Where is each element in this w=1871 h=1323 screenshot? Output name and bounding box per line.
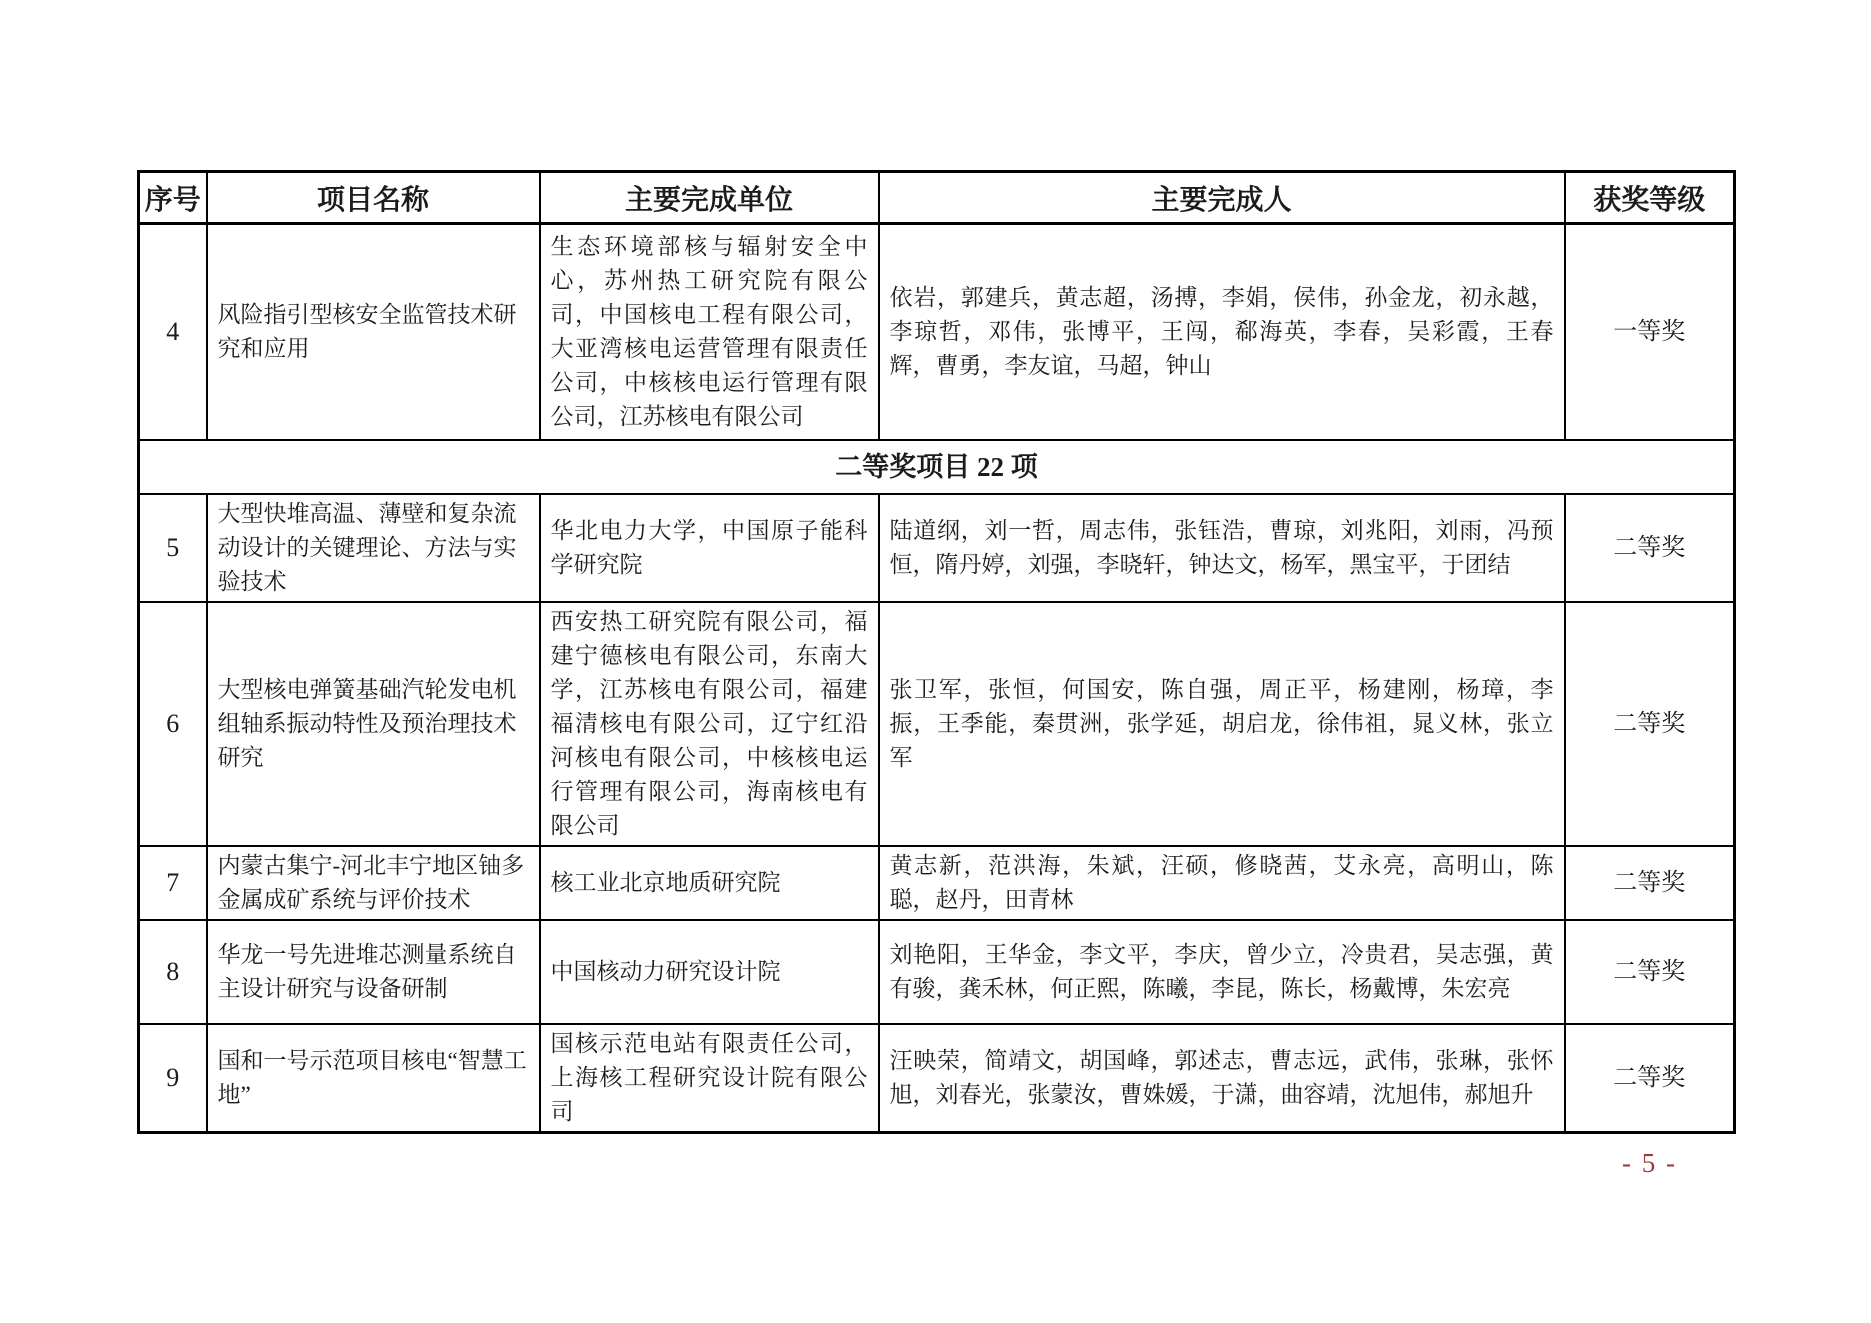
section-divider-row: 二等奖项目 22 项 — [139, 440, 1735, 494]
col-header-main-contributors: 主要完成人 — [879, 172, 1565, 224]
col-header-serial: 序号 — [139, 172, 207, 224]
main-units-cell: 西安热工研究院有限公司，福建宁德核电有限公司，东南大学，江苏核电有限公司，福建福… — [540, 602, 879, 846]
project-name-cell: 内蒙古集宁-河北丰宁地区铀多金属成矿系统与评价技术 — [207, 846, 540, 920]
main-units-cell: 华北电力大学，中国原子能科学研究院 — [540, 494, 879, 602]
table-row: 5 大型快堆高温、薄壁和复杂流动设计的关键理论、方法与实验技术 华北电力大学，中… — [139, 494, 1735, 602]
award-level-cell: 二等奖 — [1565, 846, 1735, 920]
main-units-cell: 核工业北京地质研究院 — [540, 846, 879, 920]
contributors-cell: 黄志新，范洪海，朱斌，汪硕，修晓茜，艾永亮，高明山，陈聪，赵丹，田青林 — [879, 846, 1565, 920]
table-row: 9 国和一号示范项目核电“智慧工地” 国核示范电站有限责任公司，上海核工程研究设… — [139, 1024, 1735, 1133]
serial-cell: 6 — [139, 602, 207, 846]
serial-cell: 9 — [139, 1024, 207, 1133]
table-header-row: 序号 项目名称 主要完成单位 主要完成人 获奖等级 — [139, 172, 1735, 224]
contributors-cell: 汪映荣，简靖文，胡国峰，郭述志，曹志远，武伟，张琳，张怀旭，刘春光，张蒙汝，曹姝… — [879, 1024, 1565, 1133]
col-header-main-units: 主要完成单位 — [540, 172, 879, 224]
col-header-award-level: 获奖等级 — [1565, 172, 1735, 224]
award-level-cell: 二等奖 — [1565, 494, 1735, 602]
table-row: 4 风险指引型核安全监管技术研究和应用 生态环境部核与辐射安全中心，苏州热工研究… — [139, 224, 1735, 440]
award-level-cell: 一等奖 — [1565, 224, 1735, 440]
serial-cell: 7 — [139, 846, 207, 920]
main-units-cell: 国核示范电站有限责任公司，上海核工程研究设计院有限公司 — [540, 1024, 879, 1133]
main-units-cell: 生态环境部核与辐射安全中心，苏州热工研究院有限公司，中国核电工程有限公司，大亚湾… — [540, 224, 879, 440]
project-name-cell: 大型核电弹簧基础汽轮发电机组轴系振动特性及预治理技术研究 — [207, 602, 540, 846]
project-name-cell: 国和一号示范项目核电“智慧工地” — [207, 1024, 540, 1133]
project-name-cell: 风险指引型核安全监管技术研究和应用 — [207, 224, 540, 440]
serial-cell: 4 — [139, 224, 207, 440]
award-level-cell: 二等奖 — [1565, 1024, 1735, 1133]
contributors-cell: 刘艳阳，王华金，李文平，李庆，曾少立，冷贵君，吴志强，黄有骏，龚禾林，何正熙，陈… — [879, 920, 1565, 1024]
award-level-cell: 二等奖 — [1565, 920, 1735, 1024]
serial-cell: 5 — [139, 494, 207, 602]
contributors-cell: 依岩，郭建兵，黄志超，汤搏，李娟，侯伟，孙金龙，初永越，李琼哲，邓伟，张博平，王… — [879, 224, 1565, 440]
table-row: 8 华龙一号先进堆芯测量系统自主设计研究与设备研制 中国核动力研究设计院 刘艳阳… — [139, 920, 1735, 1024]
contributors-cell: 张卫军，张恒，何国安，陈自强，周正平，杨建刚，杨璋，李振，王季能，秦贯洲，张学延… — [879, 602, 1565, 846]
awards-table: 序号 项目名称 主要完成单位 主要完成人 获奖等级 4 风险指引型核安全监管技术… — [137, 170, 1736, 1134]
table-row: 7 内蒙古集宁-河北丰宁地区铀多金属成矿系统与评价技术 核工业北京地质研究院 黄… — [139, 846, 1735, 920]
project-name-cell: 华龙一号先进堆芯测量系统自主设计研究与设备研制 — [207, 920, 540, 1024]
awards-table-container: 序号 项目名称 主要完成单位 主要完成人 获奖等级 4 风险指引型核安全监管技术… — [137, 170, 1736, 1134]
col-header-project-name: 项目名称 — [207, 172, 540, 224]
main-units-cell: 中国核动力研究设计院 — [540, 920, 879, 1024]
page-number: - 5 - — [1622, 1148, 1677, 1179]
award-level-cell: 二等奖 — [1565, 602, 1735, 846]
serial-cell: 8 — [139, 920, 207, 1024]
project-name-cell: 大型快堆高温、薄壁和复杂流动设计的关键理论、方法与实验技术 — [207, 494, 540, 602]
table-row: 6 大型核电弹簧基础汽轮发电机组轴系振动特性及预治理技术研究 西安热工研究院有限… — [139, 602, 1735, 846]
section-divider-label: 二等奖项目 22 项 — [139, 440, 1735, 494]
contributors-cell: 陆道纲，刘一哲，周志伟，张钰浩，曹琼，刘兆阳，刘雨，冯预恒，隋丹婷，刘强，李晓轩… — [879, 494, 1565, 602]
